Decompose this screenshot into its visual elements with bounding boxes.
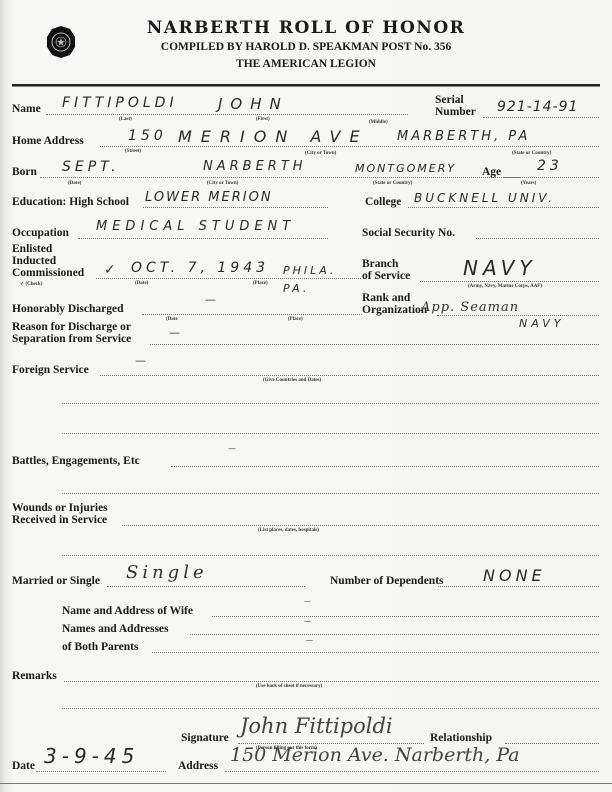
college-line xyxy=(408,207,599,208)
discharged-value[interactable]: — xyxy=(205,293,216,306)
remarks-line[interactable] xyxy=(64,681,599,682)
relationship-label: Relationship xyxy=(430,732,492,744)
foreign-service-caption: (Give Countries and Dates) xyxy=(263,378,321,383)
parents-line-1 xyxy=(190,634,599,635)
age-caption: (Years) xyxy=(521,181,536,186)
name-label: Name xyxy=(12,103,41,115)
form-title: NARBERTH ROLL OF HONOR xyxy=(0,18,612,38)
date-value[interactable]: 3-9-45 xyxy=(44,744,139,768)
enlisted-place-value[interactable]: PHILA. PA. xyxy=(283,262,363,298)
name-line xyxy=(46,114,408,115)
birth-date-caption: (Date) xyxy=(68,181,81,186)
remarks-line-2[interactable] xyxy=(62,708,599,709)
commissioned-check[interactable]: ✓ xyxy=(104,262,116,278)
branch-value[interactable]: NAVY xyxy=(463,256,537,280)
rank-line xyxy=(437,315,599,316)
marital-status-label: Married or Single xyxy=(12,575,100,587)
home-address-line xyxy=(100,146,599,147)
discharged-line xyxy=(142,314,362,315)
middle-caption: (Middle) xyxy=(369,120,388,125)
signature-value[interactable]: John Fittipoldi xyxy=(240,714,393,738)
enlisted-date-value[interactable]: OCT. 7, 1943 xyxy=(131,260,269,276)
dependents-line xyxy=(438,586,599,587)
parents-value-1[interactable]: — xyxy=(304,617,311,625)
bottom-edge xyxy=(0,783,612,784)
last-name-value[interactable]: FITTIPOLDI xyxy=(62,95,178,111)
parents-value-2[interactable]: — xyxy=(306,636,313,644)
street-name-value[interactable]: MERION AVE xyxy=(178,127,369,146)
address-value[interactable]: 150 Merion Ave. Narberth, Pa xyxy=(230,744,520,766)
branch-label-1: Branch xyxy=(362,258,398,270)
parents-line-2 xyxy=(152,652,599,653)
birth-state-value[interactable]: MONTGOMERY xyxy=(355,162,456,175)
ssn-label: Social Security No. xyxy=(362,227,455,239)
discharge-date-caption: (Date xyxy=(166,317,178,322)
age-line xyxy=(504,177,599,178)
wounds-label-2: Received in Service xyxy=(12,514,107,526)
commissioned-label: Commissioned xyxy=(12,267,84,279)
age-label: Age xyxy=(482,166,501,178)
form-page: NARBERTH ROLL OF HONOR COMPILED BY HAROL… xyxy=(0,0,612,792)
college-label: College xyxy=(365,196,401,208)
signature-label: Signature xyxy=(181,732,229,744)
born-line xyxy=(40,177,520,178)
parents-label-2: of Both Parents xyxy=(62,641,138,653)
discharge-reason-value[interactable]: — xyxy=(169,326,180,339)
form-organization: THE AMERICAN LEGION xyxy=(0,58,612,70)
date-line xyxy=(36,771,166,772)
born-label: Born xyxy=(12,166,37,178)
last-caption: (Last) xyxy=(119,117,132,122)
check-caption: ✓ (Check) xyxy=(20,281,42,287)
header-rule xyxy=(12,84,600,87)
rank-value[interactable]: App. Seaman xyxy=(421,300,519,315)
serial-line xyxy=(483,117,599,118)
discharge-place-caption: (Place) xyxy=(288,317,303,322)
address-label: Address xyxy=(178,760,218,772)
serial-label-1: Serial xyxy=(435,94,464,106)
wounds-caption: (List places, dates, hospitals) xyxy=(258,528,319,533)
rank-label-1: Rank and xyxy=(362,292,410,304)
first-name-value[interactable]: JOHN xyxy=(218,95,289,113)
home-address-label: Home Address xyxy=(12,135,84,147)
marital-status-line xyxy=(107,586,305,587)
dependents-label: Number of Dependents xyxy=(330,575,444,587)
remarks-caption: (Use back of sheet if necessary) xyxy=(256,684,322,689)
birth-city-value[interactable]: NARBERTH xyxy=(203,159,307,174)
occupation-value[interactable]: MEDICAL STUDENT xyxy=(96,219,295,234)
wounds-line-2[interactable] xyxy=(62,555,599,556)
foreign-service-line-3[interactable] xyxy=(62,433,599,434)
remarks-label: Remarks xyxy=(12,670,57,682)
wife-label: Name and Address of Wife xyxy=(62,605,193,617)
high-school-line xyxy=(143,207,328,208)
battles-value[interactable]: — xyxy=(228,444,236,453)
birth-date-value[interactable]: SEPT. xyxy=(62,159,120,175)
first-caption: (First) xyxy=(256,117,270,122)
age-value[interactable]: 23 xyxy=(537,158,563,174)
street-caption: (Street) xyxy=(125,149,141,154)
discharged-label: Honorably Discharged xyxy=(12,303,124,315)
foreign-service-line xyxy=(100,375,599,376)
date-label: Date xyxy=(12,760,35,772)
parents-label-1: Names and Addresses xyxy=(62,623,169,635)
city-value[interactable]: MARBERTH, PA xyxy=(397,129,530,144)
wife-line xyxy=(212,616,599,617)
enlisted-place-caption: (Place) xyxy=(253,281,268,286)
branch-line xyxy=(420,281,599,282)
inducted-label: Inducted xyxy=(12,255,56,267)
battles-line xyxy=(171,466,599,467)
occupation-line xyxy=(78,238,328,239)
city-caption: (City or Town) xyxy=(305,151,336,156)
foreign-service-label: Foreign Service xyxy=(12,364,89,376)
foreign-service-line-2[interactable] xyxy=(62,403,599,404)
discharge-reason-label-1: Reason for Discharge or xyxy=(12,321,131,333)
rank-label-2: Organization xyxy=(362,304,427,316)
enlisted-label: Enlisted xyxy=(12,243,52,255)
ssn-line[interactable] xyxy=(476,238,599,239)
battles-line-2[interactable] xyxy=(62,493,599,494)
birth-state-caption: (State or Country) xyxy=(373,181,412,186)
form-subtitle: COMPILED BY HAROLD D. SPEAKMAN POST No. … xyxy=(0,41,612,53)
education-label: Education: High School xyxy=(12,196,129,208)
branch-label-2: of Service xyxy=(362,270,410,282)
serial-number-value[interactable]: 921-14-91 xyxy=(497,99,578,115)
marital-status-value[interactable]: Single xyxy=(126,562,208,583)
wife-value[interactable]: — xyxy=(304,597,311,605)
discharge-reason-line xyxy=(150,344,599,345)
street-number-value[interactable]: 150 xyxy=(128,128,167,144)
battles-label: Battles, Engagements, Etc xyxy=(12,455,140,467)
address-line xyxy=(225,771,599,772)
state-caption: (State or Country) xyxy=(512,151,551,156)
rank-organization-value[interactable]: NAVY xyxy=(519,317,564,330)
college-value[interactable]: BUCKNELL UNIV. xyxy=(414,191,555,205)
dependents-value[interactable]: NONE xyxy=(483,566,546,585)
wounds-line[interactable] xyxy=(122,525,599,526)
discharge-reason-label-2: Separation from Service xyxy=(12,333,131,345)
occupation-label: Occupation xyxy=(12,227,69,239)
enlisted-date-caption: (Date) xyxy=(135,281,148,286)
high-school-value[interactable]: LOWER MERION xyxy=(145,190,273,205)
foreign-service-value[interactable]: — xyxy=(135,354,146,367)
branch-caption: (Army, Navy, Marine Corps, AAF) xyxy=(468,284,542,289)
wounds-label-1: Wounds or Injuries xyxy=(12,502,108,514)
birth-city-caption: (City or Town) xyxy=(207,181,238,186)
serial-label-2: Number xyxy=(435,106,476,118)
